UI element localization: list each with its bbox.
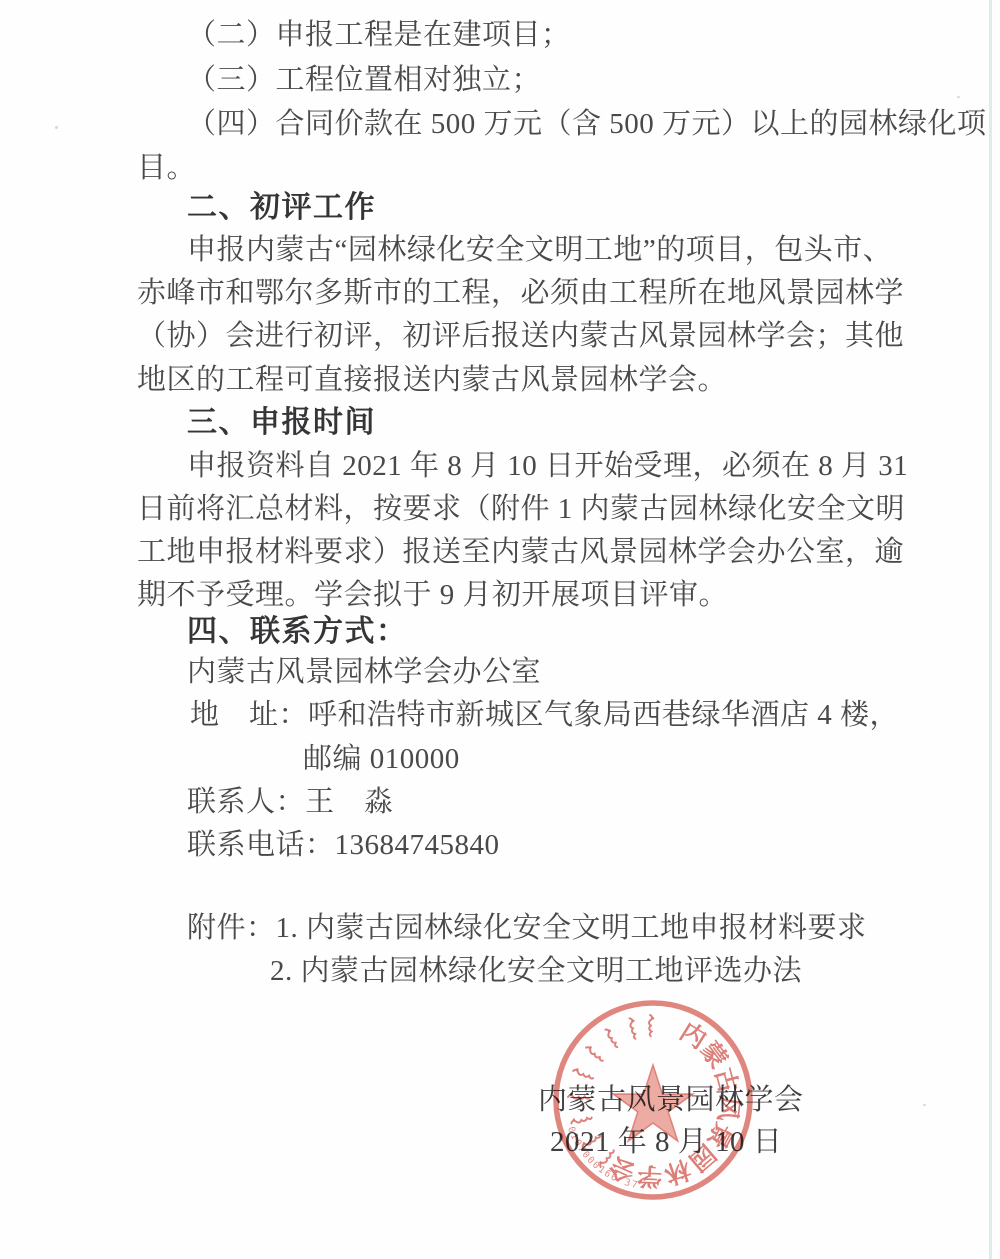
contact-person: 联系人：王 淼: [187, 782, 394, 822]
para-review-2: 赤峰市和鄂尔多斯市的工程，必须由工程所在地风景园林学: [137, 273, 904, 313]
signature-date: 2021 年 8 月 10 日: [550, 1122, 782, 1162]
clause-2: （二）申报工程是在建项目；: [187, 15, 571, 55]
attachment-1: 附件：1. 内蒙古园林绿化安全文明工地申报材料要求: [187, 908, 867, 948]
clause-3: （三）工程位置相对独立；: [187, 60, 541, 100]
scan-speck: [957, 96, 960, 98]
contact-office: 内蒙古风景园林学会办公室: [187, 652, 541, 692]
scan-speck: [55, 126, 58, 129]
scan-speck: [923, 1104, 926, 1106]
contact-phone: 联系电话：13684745840: [187, 825, 500, 865]
para-time-4: 期不予受理。学会拟于 9 月初开展项目评审。: [137, 575, 728, 615]
section-2-heading: 二、初评工作: [187, 188, 376, 228]
para-time-3: 工地申报材料要求）报送至内蒙古风景园林学会办公室，逾: [137, 532, 904, 572]
para-review-1: 申报内蒙古“园林绿化安全文明工地”的项目，包头市、: [187, 230, 892, 270]
para-time-1: 申报资料自 2021 年 8 月 10 日开始受理，必须在 8 月 31: [187, 446, 908, 486]
clause-4: （四）合同价款在 500 万元（含 500 万元）以上的园林绿化项: [187, 104, 987, 144]
contact-address: 地 址：呼和浩特市新城区气象局西巷绿华酒店 4 楼，: [190, 695, 899, 735]
para-time-2: 日前将汇总材料，按要求（附件 1 内蒙古园林绿化安全文明: [137, 489, 905, 529]
section-4-heading: 四、联系方式：: [187, 612, 408, 652]
scanned-document-page: { "doc": { "lines": [ { "text": "（二）申报工程…: [0, 0, 1000, 1259]
clause-4-cont: 目。: [137, 148, 196, 188]
page-background: [0, 0, 1000, 1259]
signature-org: 内蒙古风景园林学会: [538, 1080, 804, 1120]
contact-postcode: 邮编 010000: [303, 739, 460, 779]
section-3-heading: 三、申报时间: [187, 403, 376, 443]
scan-edge-streak: [989, 0, 992, 1259]
para-review-4: 地区的工程可直接报送内蒙古风景园林学会。: [137, 360, 727, 400]
attachment-2: 2. 内蒙古园林绿化安全文明工地评选办法: [270, 951, 802, 991]
para-review-3: （协）会进行初评，初评后报送内蒙古风景园林学会；其他: [137, 316, 904, 356]
